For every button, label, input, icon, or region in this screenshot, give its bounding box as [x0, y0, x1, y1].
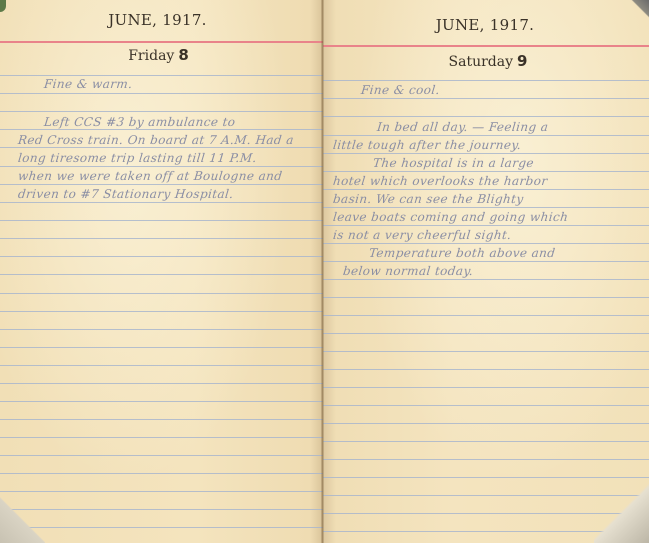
ruled-line	[0, 419, 323, 420]
ruled-line	[0, 527, 323, 528]
ruled-line	[0, 455, 323, 456]
ruled-line	[0, 166, 323, 167]
diary-spread: JUNE, 1917. Friday8 Fine & warm.	[0, 0, 649, 543]
ruled-line	[323, 261, 649, 262]
month-header: JUNE, 1917.	[0, 11, 319, 29]
ruled-line	[0, 184, 323, 185]
left-page: JUNE, 1917. Friday8 Fine & warm.	[0, 0, 323, 543]
handwritten-line: basin. We can see the Blighty	[332, 192, 524, 206]
ruled-line	[0, 256, 323, 257]
ruled-line	[0, 347, 323, 348]
handwritten-line: Fine & cool.	[360, 83, 440, 97]
ruled-line	[0, 129, 323, 130]
ruled-line	[323, 315, 649, 316]
ruled-line	[0, 491, 323, 492]
month-header: JUNE, 1917.	[323, 16, 648, 34]
ruled-line	[323, 225, 649, 226]
ruled-line	[0, 238, 323, 239]
ruled-line	[323, 80, 649, 81]
ruled-line	[323, 207, 649, 208]
ruled-line	[0, 293, 323, 294]
ruled-line	[0, 75, 323, 76]
ruled-line	[323, 405, 649, 406]
ruled-line	[0, 93, 323, 94]
ruled-line	[323, 423, 649, 424]
day-header: Friday8	[0, 46, 320, 64]
ruled-line	[0, 329, 323, 330]
day-header: Saturday9	[325, 52, 649, 70]
ruled-line	[0, 111, 323, 112]
handwritten-line: Fine & warm.	[43, 77, 133, 91]
ruled-line	[0, 509, 323, 510]
right-page: JUNE, 1917. Saturday9 Fine & cool	[323, 0, 649, 543]
ruled-line	[0, 383, 323, 384]
header-rule	[323, 45, 649, 47]
handwritten-line: Left CCS #3 by ambulance to	[43, 115, 236, 129]
ruled-line	[0, 311, 323, 312]
ruled-line	[323, 98, 649, 99]
ruled-line	[0, 147, 323, 148]
handwritten-line: driven to #7 Stationary Hospital.	[17, 187, 234, 201]
ruled-line	[323, 387, 649, 388]
worn-corner	[631, 0, 649, 18]
day-name: Saturday	[449, 54, 514, 70]
day-name: Friday	[128, 48, 174, 64]
handwritten-line: Temperature both above and	[368, 246, 556, 260]
handwritten-line: hotel which overlooks the harbor	[332, 174, 548, 188]
day-number: 9	[517, 52, 527, 70]
ruled-line	[323, 153, 649, 154]
ruled-line	[323, 279, 649, 280]
ruled-line	[0, 401, 323, 402]
handwritten-line: below normal today.	[342, 264, 474, 278]
ruled-line	[323, 369, 649, 370]
handwritten-line: is not a very cheerful sight.	[332, 228, 512, 242]
ruled-line	[323, 441, 649, 442]
handwritten-line: leave boats coming and going which	[332, 210, 569, 224]
handwritten-line: little tough after the journey.	[332, 138, 522, 152]
ruled-line	[323, 135, 649, 136]
worn-corner	[594, 473, 649, 543]
ruled-line	[323, 171, 649, 172]
ruled-line	[0, 473, 323, 474]
handwritten-line: long tiresome trip lasting till 11 P.M.	[17, 151, 257, 165]
binding-gutter	[321, 0, 324, 543]
header-rule	[0, 41, 323, 43]
ruled-line	[0, 202, 323, 203]
handwritten-line: In bed all day. — Feeling a	[376, 120, 549, 134]
ruled-line	[323, 243, 649, 244]
ruled-line	[0, 220, 323, 221]
ruled-line	[323, 351, 649, 352]
handwritten-line: The hospital is in a large	[372, 156, 534, 170]
ruled-line	[323, 459, 649, 460]
ruled-line	[323, 333, 649, 334]
handwritten-line: Red Cross train. On board at 7 A.M. Had …	[17, 133, 294, 147]
worn-corner	[0, 495, 45, 543]
ruled-line	[0, 274, 323, 275]
day-number: 8	[178, 46, 188, 64]
ruled-line	[323, 297, 649, 298]
ruled-line	[323, 116, 649, 117]
ruled-line	[0, 437, 323, 438]
ruled-line	[323, 189, 649, 190]
ruled-line	[0, 365, 323, 366]
handwritten-line: when we were taken off at Boulogne and	[17, 169, 283, 183]
